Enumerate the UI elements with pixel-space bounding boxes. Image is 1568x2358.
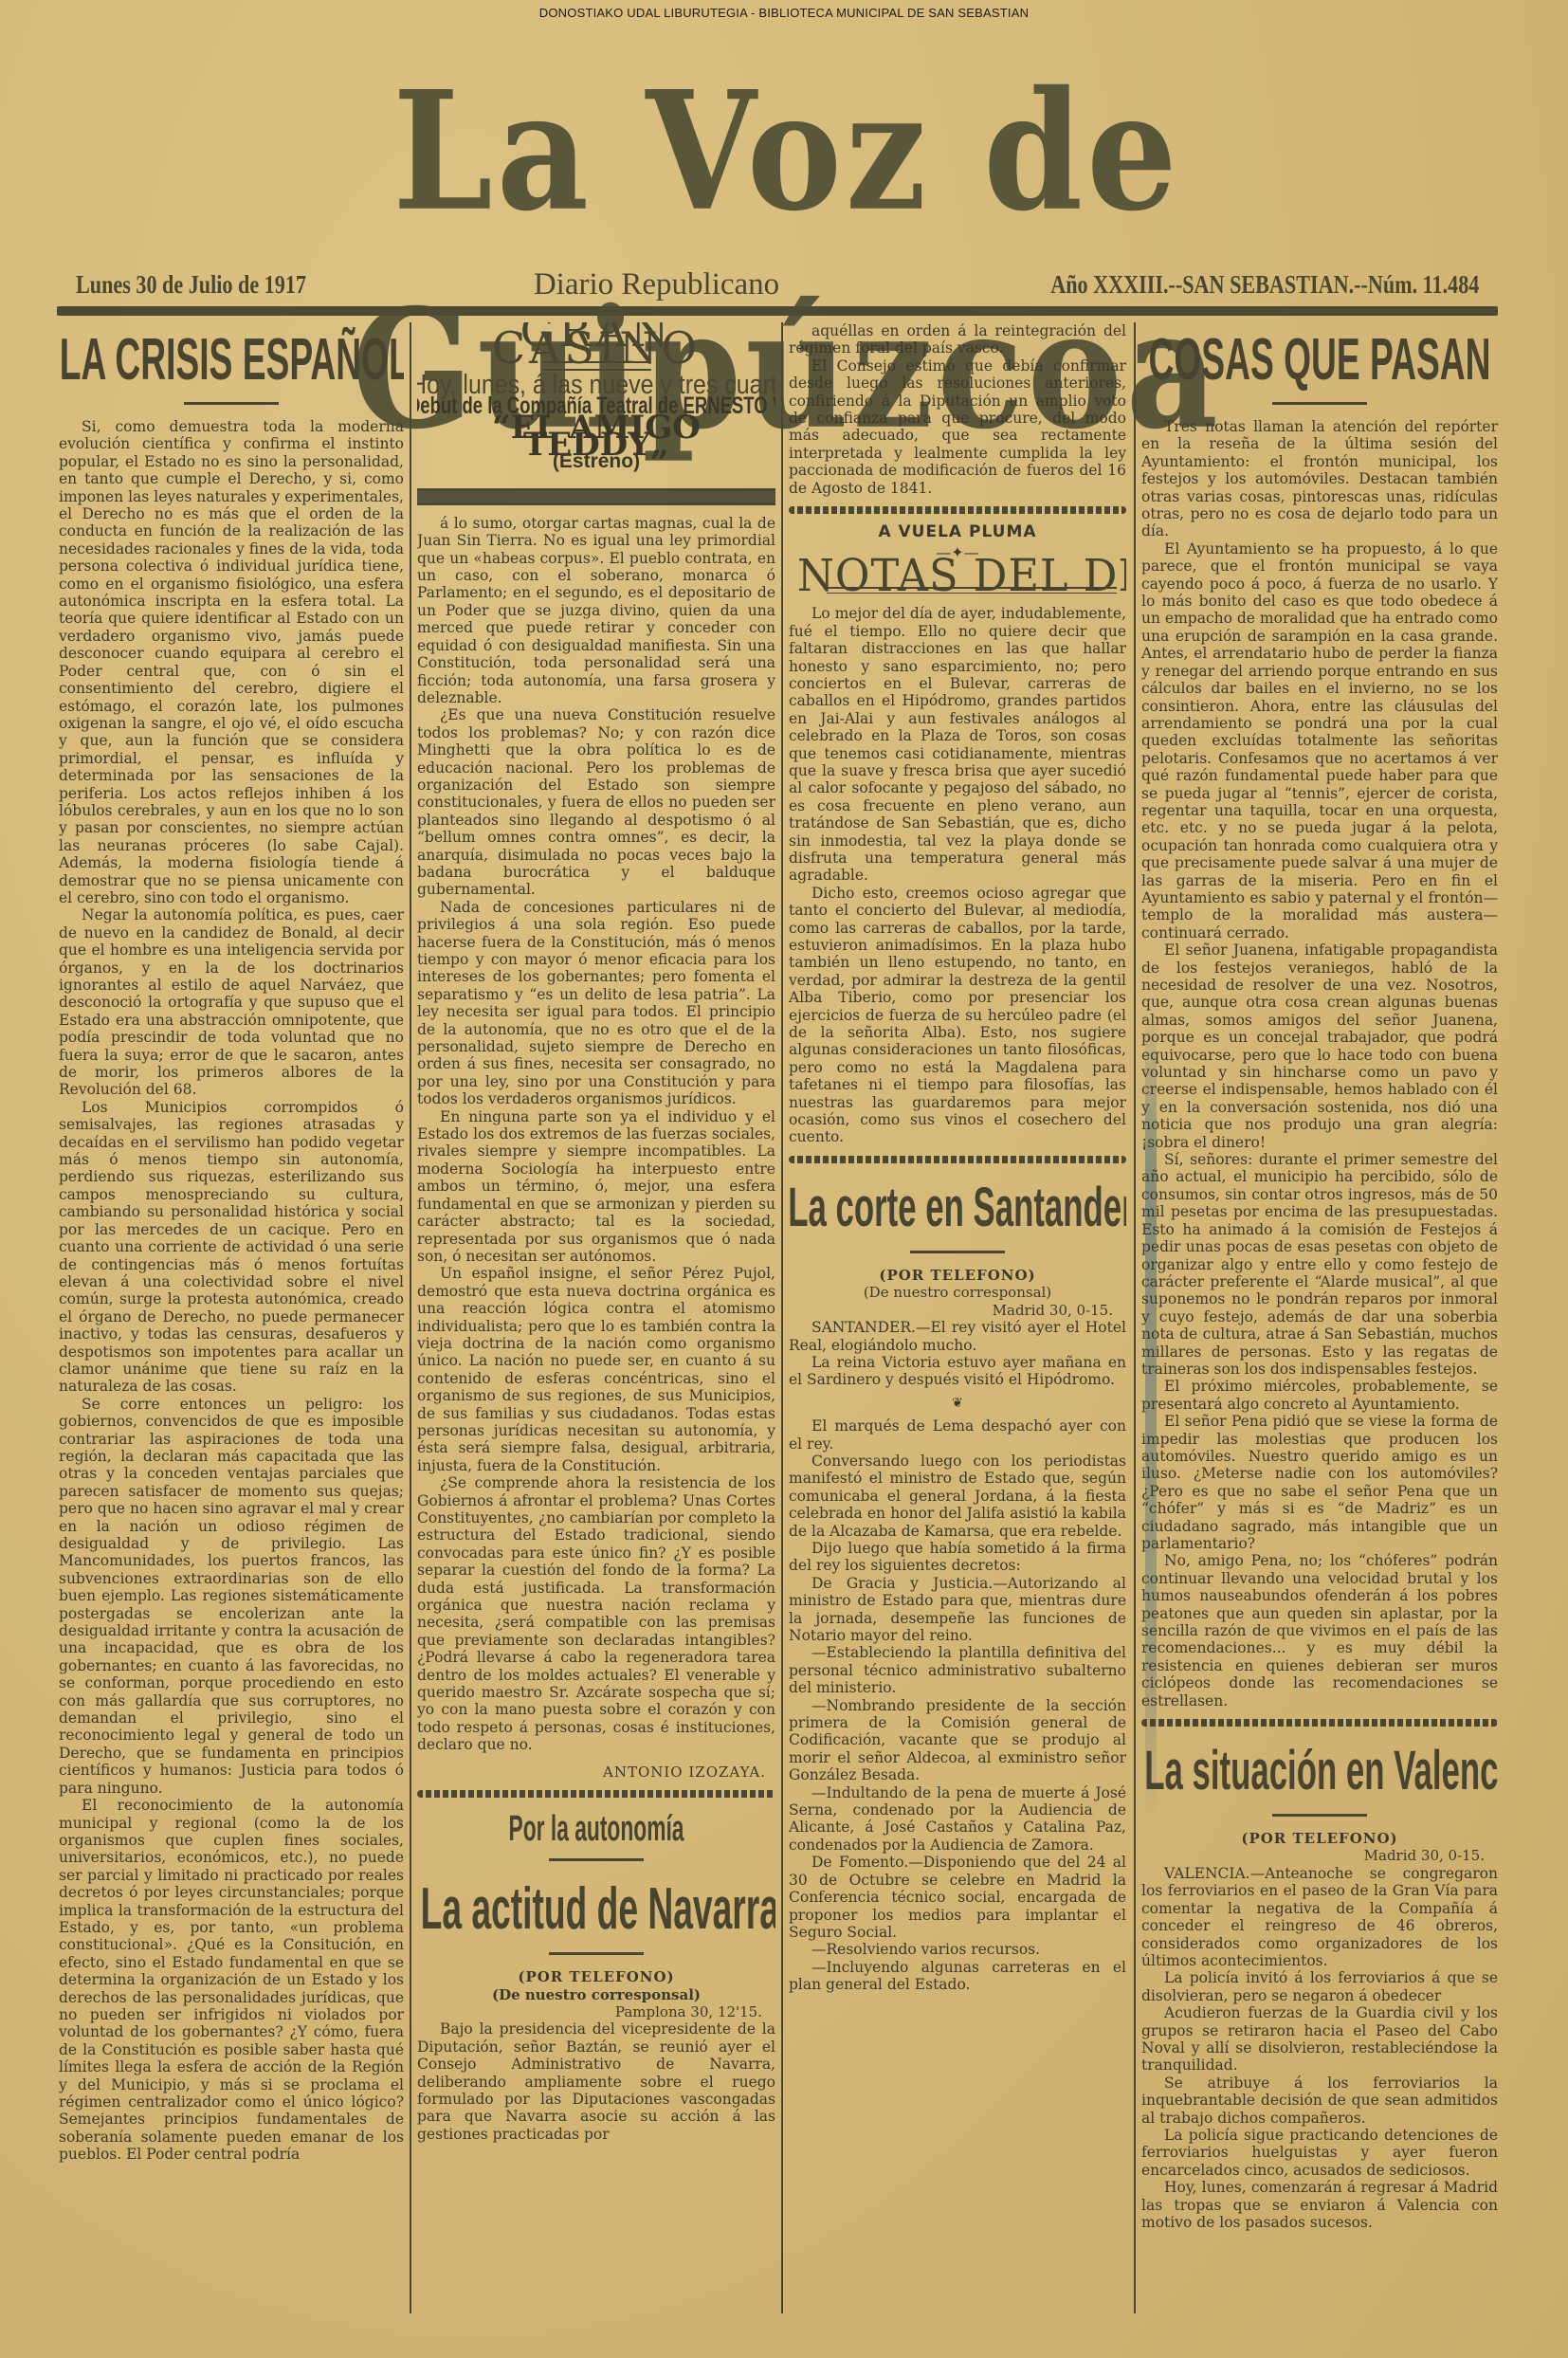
paragraph: —Estableciendo la plantilla definitiva d… [789,1644,1126,1696]
paragraph: La policía invitó á los ferroviarios á q… [1141,1969,1498,2004]
dispatch-source: (De nuestro corresponsal) [417,1986,775,2003]
paragraph: La policía sigue practicando detenciones… [1141,2127,1498,2179]
navarra-body: Bajo la presidencia del vicepresidente d… [417,2020,775,2143]
paragraph: SANTANDER.—El rey visitó ayer el Hotel R… [789,1319,1126,1354]
headline-valencia: La situación en Valencia [1144,1736,1495,1806]
paragraph: Negar la autonomía política, es pues, ca… [59,906,404,1098]
column-gran-casino: GRAN CASINO Hoy, lunes, á las nueve y tr… [417,322,775,2320]
paragraph: El Ayuntamiento se ha propuesto, á lo qu… [1141,540,1498,941]
paragraph: Se corre entonces un peligro: los gobier… [59,1396,404,1797]
headline-rule [910,1251,1005,1253]
paragraph: El señor Juanena, infatigable propagandi… [1141,941,1498,1151]
dispatch-dateline: Madrid 30, 0-15. [789,1302,1113,1319]
paragraph: Sí, señores: durante el primer semestre … [1141,1151,1498,1378]
paragraph: El marqués de Lema despachó ayer con el … [789,1417,1126,1453]
santander-body-continued: El marqués de Lema despachó ayer con el … [789,1417,1126,1993]
masthead-rule [57,306,1498,316]
headline-cosas-que-pasan: COSAS QUE PASAN [1144,326,1495,394]
valencia-body: VALENCIA.—Anteanoche se congregaron los … [1141,1865,1498,2232]
article-body-continued: á lo sumo, otorgar cartas magnas, cual l… [417,515,775,1754]
author-signature: ANTONIO IZOZAYA. [417,1764,766,1781]
headline-rule [184,402,279,405]
article-body: Si, como demuestra toda la moderna evolu… [59,418,404,2164]
paragraph: El próximo miércoles, probablemente, se … [1141,1378,1498,1413]
paragraph: Los Municipios corrompidos ó semisalvaje… [59,1099,404,1396]
paragraph: Un español insigne, el señor Pérez Pujol… [417,1265,775,1474]
paragraph: Se atribuye á los ferroviarios la inqueb… [1141,2075,1498,2127]
paragraph: El señor Pena pidió que se viese la form… [1141,1413,1498,1552]
paragraph: De Fomento.—Disponiendo que del 24 al 30… [789,1854,1126,1941]
paragraph: Si, como demuestra toda la moderna evolu… [59,418,404,906]
paragraph: —Resolviendo varios recursos. [789,1941,1126,1958]
ad-border [417,488,775,505]
paragraph: Dijo luego que había sometido á la firma… [789,1540,1126,1575]
dispatch-dateline: Pamplona 30, 12'15. [417,2003,762,2020]
headline-crisis-espanola: LA CRISIS ESPAÑOLA [60,326,403,394]
dispatch-via: (POR TELEFONO) [1141,1830,1498,1847]
paragraph: Lo mejor del día de ayer, indudablemente… [789,605,1126,885]
issue-date: Lunes 30 de Julio de 1917 [76,270,306,300]
santander-body: SANTANDER.—El rey visitó ayer el Hotel R… [789,1319,1126,1389]
paragraph: —Indultando de la pena de muerte á José … [789,1784,1126,1855]
wavy-divider [417,1790,775,1798]
library-credit: DONOSTIAKO UDAL LIBURUTEGIA - BIBLIOTECA… [0,6,1568,20]
paragraph: La reina Victoria estuvo ayer mañana en … [789,1354,1126,1389]
headline-rule [549,1952,644,1955]
wavy-divider [789,1156,1126,1163]
section-break-icon: ❦ [789,1395,1126,1412]
ad-schedule: Hoy, lunes, á las nueve y tres cuartos d… [417,376,775,393]
paragraph: Dicho esto, creemos ocioso agregar que t… [789,885,1126,1146]
headline-rule [549,1858,644,1861]
wavy-divider [1141,1719,1498,1727]
paragraph: De Gracia y Justicia.—Autorizando al min… [789,1575,1126,1645]
paragraph: aquéllas en orden á la reintegración del… [789,322,1126,357]
ad-company: Debut de la Compañía Teatral de ERNESTO … [417,397,775,414]
kicker-autonomia: Por la autonomía [455,1807,738,1851]
paragraph: Bajo la presidencia del vicepresidente d… [417,2020,775,2143]
column-divider [1134,322,1136,2313]
dispatch-via: (POR TELEFONO) [417,1968,775,1985]
column-divider [410,322,411,2313]
headline-rule [1272,1814,1367,1817]
ad-title: GRAN CASINO [417,322,775,357]
paragraph: Conversando luego con los periodistas ma… [789,1453,1126,1540]
paragraph: á lo sumo, otorgar cartas magnas, cual l… [417,515,775,706]
paragraph: ¿Se comprende ahora la resistencia de lo… [417,1474,775,1754]
column-divider [781,322,783,2313]
gran-casino-advertisement: GRAN CASINO Hoy, lunes, á las nueve y tr… [417,322,775,481]
paragraph: Tres notas llaman la atención del repórt… [1141,418,1498,540]
paragraph: VALENCIA.—Anteanoche se congregaron los … [1141,1865,1498,1969]
dateline-bar: Lunes 30 de Julio de 1917 Diario Republi… [76,265,1479,303]
column-crisis-espanola: LA CRISIS ESPAÑOLA Si, como demuestra to… [59,322,404,2320]
dispatch-source: (De nuestro corresponsal) [789,1284,1126,1301]
navarra-body-continued: aquéllas en orden á la reintegración del… [789,322,1126,497]
headline-notas-del-dia: NOTAS DEL DIA [797,568,1118,585]
headline-rule [1272,402,1367,405]
issue-number: Año XXXIII.--SAN SEBASTIAN.--Núm. 11.484 [1050,270,1479,300]
paragraph: Nada de concesiones particulares ni de p… [417,899,775,1108]
paragraph: El reconocimiento de la autonomía munici… [59,1797,404,2164]
dispatch-dateline: Madrid 30, 0-15. [1141,1847,1485,1864]
headline-santander: La corte en Santander [789,1173,1126,1243]
newspaper-title: La Voz de Guipúzcoa [57,43,1517,261]
wavy-divider [789,506,1126,514]
paragraph: Hoy, lunes, comenzarán á regresar á Madr… [1141,2179,1498,2231]
paragraph: El Consejo estimó que debía confirmar de… [789,357,1126,497]
column-cosas-que-pasan: COSAS QUE PASAN Tres notas llaman la ate… [1141,322,1498,2320]
paragraph: ¿Es que una nueva Constitución resuelve … [417,706,775,898]
paragraph: —Nombrando presidente de la sección prim… [789,1697,1126,1784]
paragraph: En ninguna parte son ya el individuo y e… [417,1108,775,1266]
kicker-vuela-pluma: A VUELA PLUMA [789,523,1126,540]
dispatch-via: (POR TELEFONO) [789,1267,1126,1284]
headline-navarra: La actitud de Navarra [421,1874,773,1945]
paragraph: Acudieron fuerzas de la Guardia civil y … [1141,2004,1498,2075]
paragraph: No, amigo Pena, no; los “chóferes” podrá… [1141,1552,1498,1709]
ad-premiere: (Estreno) [417,453,775,470]
column-notas-del-dia: aquéllas en orden á la reintegración del… [789,322,1126,2320]
paragraph: —Incluyendo algunas carreteras en el pla… [789,1959,1126,1994]
ad-play-title: “EL AMIGO TEDDY„ [417,419,775,454]
cosas-body: Tres notas llaman la atención del repórt… [1141,418,1498,1709]
notas-body: Lo mejor del día de ayer, indudablemente… [789,605,1126,1146]
newspaper-subtitle: Diario Republicano [534,267,779,302]
